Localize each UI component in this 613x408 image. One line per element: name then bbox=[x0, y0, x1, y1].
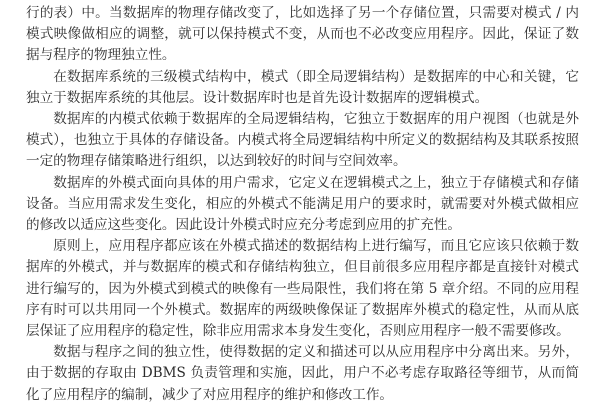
paragraph-internal-schema: 数据库的内模式依赖于数据库的全局逻辑结构，它独立于数据库的用户视图（也就是外模式… bbox=[26, 109, 579, 173]
document-page: 行的表）中。当数据库的物理存储改变了，比如选择了另一个存储位置，只需要对模式 /… bbox=[26, 3, 579, 406]
paragraph-data-program-independence: 数据与程序之间的独立性，使得数据的定义和描述可以从应用程序中分离出来。另外，由于… bbox=[26, 342, 579, 406]
paragraph-physical-independence: 行的表）中。当数据库的物理存储改变了，比如选择了另一个存储位置，只需要对模式 /… bbox=[26, 3, 579, 67]
paragraph-application-programs: 原则上，应用程序都应该在外模式描述的数据结构上进行编写，而且它应该只依赖于数据库… bbox=[26, 236, 579, 342]
paragraph-external-schema: 数据库的外模式面向具体的用户需求，它定义在逻辑模式之上，独立于存储模式和存储设备… bbox=[26, 173, 579, 237]
paragraph-schema-center: 在数据库系统的三级模式结构中，模式（即全局逻辑结构）是数据库的中心和关键，它独立… bbox=[26, 67, 579, 109]
